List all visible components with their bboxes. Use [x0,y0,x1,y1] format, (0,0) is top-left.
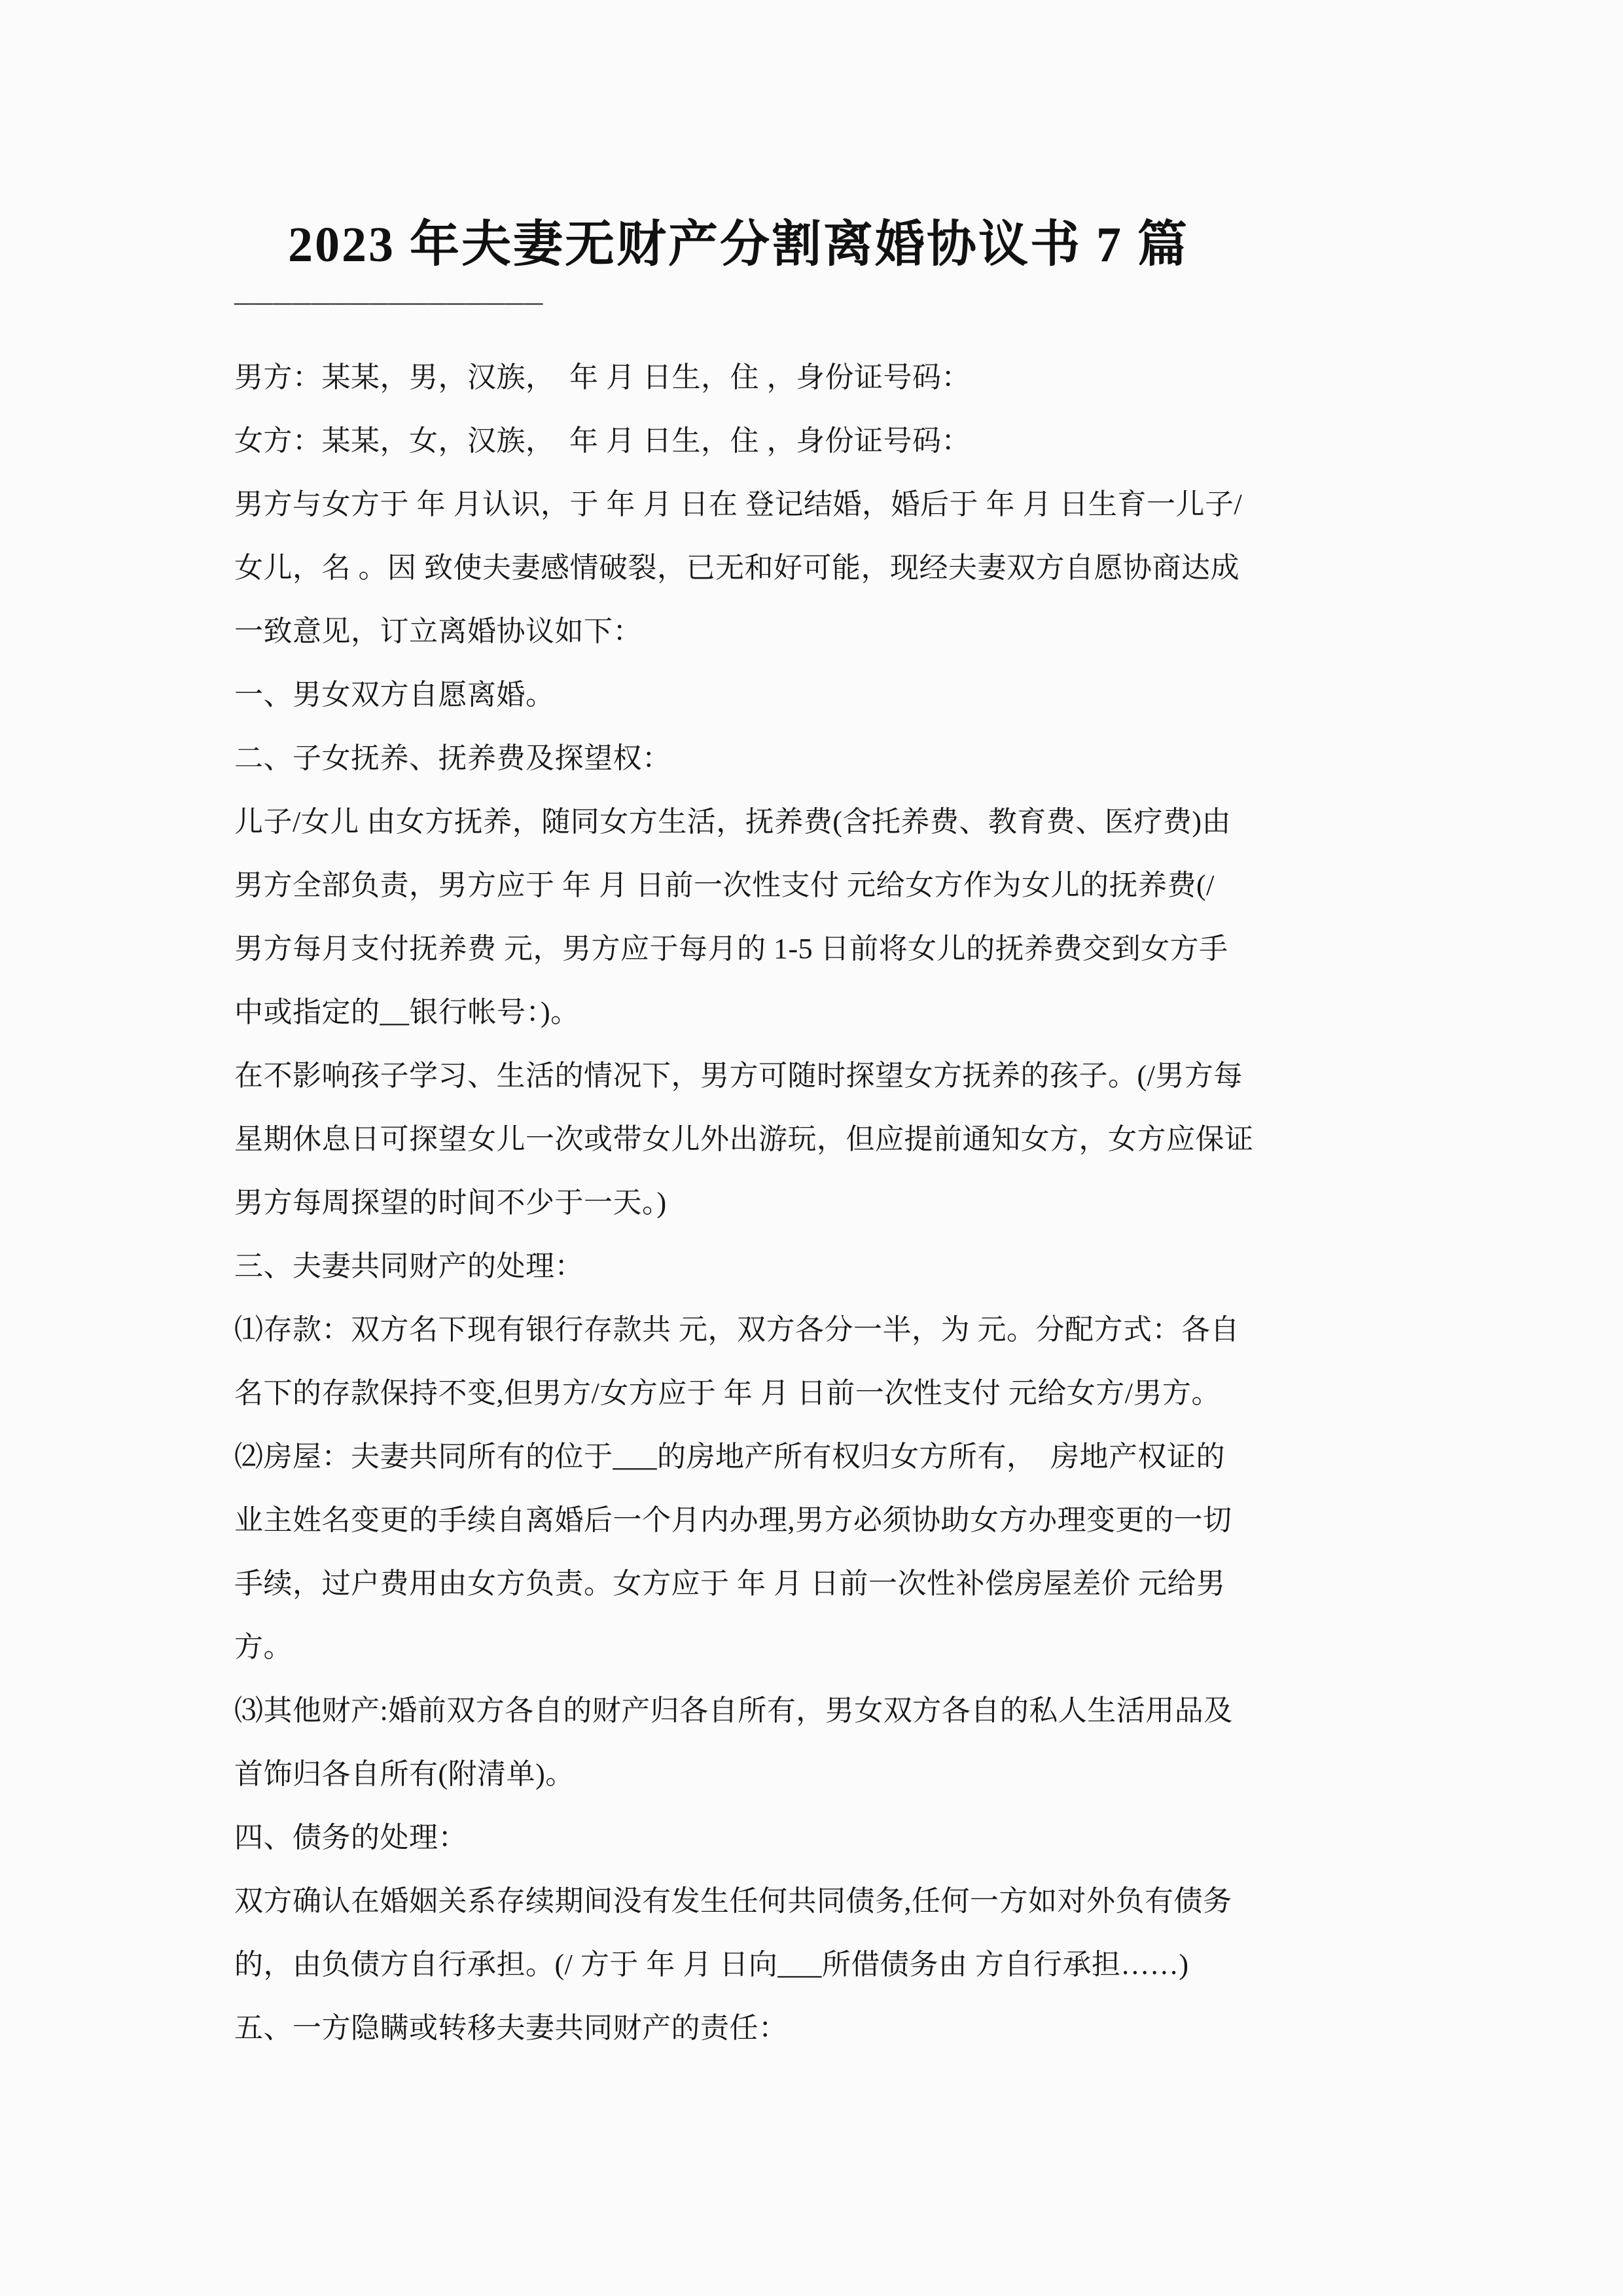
paragraph-line: 双方确认在婚姻关系存续期间没有发生任何共同债务,任何一方如对外负有债务 [234,1869,1387,1933]
paragraph-line: 四、债务的处理： [234,1806,1387,1869]
paragraph-line: 儿子/女儿 由女方抚养，随同女方生活，抚养费(含托养费、教育费、医疗费)由 [234,790,1387,853]
paragraph-line: 手续，过户费用由女方负责。女方应于 年 月 日前一次性补偿房屋差价 元给男 [234,1552,1387,1615]
paragraph-line: 男方：某某，男，汉族， 年 月 日生，住 ，身份证号码： [234,346,1387,409]
paragraph-line: 业主姓名变更的手续自离婚后一个月内办理,男方必须协助女方办理变更的一切 [234,1488,1387,1552]
paragraph-line: 首饰归各自所有(附清单)。 [234,1742,1387,1806]
document-page: 2023 年夫妻无财产分割离婚协议书 7 篇 ———————————————— … [0,0,1623,2296]
paragraph-line: 名下的存款保持不变,但男方/女方应于 年 月 日前一次性支付 元给女方/男方。 [234,1361,1387,1425]
paragraph-line: 男方每周探望的时间不少于一天。) [234,1171,1387,1234]
paragraph-line: 星期休息日可探望女儿一次或带女儿外出游玩，但应提前通知女方，女方应保证 [234,1107,1387,1171]
paragraph-line: 的，由负债方自行承担。(/ 方于 年 月 日向___所借债务由 方自行承担……) [234,1933,1387,1996]
paragraph-line: 中或指定的__银行帐号：)。 [234,980,1387,1044]
paragraph-line: 三、夫妻共同财产的处理： [234,1234,1387,1298]
paragraph-line: ⑶其他财产:婚前双方各自的财产归各自所有，男女双方各自的私人生活用品及 [234,1679,1387,1742]
paragraph-line: 五、一方隐瞒或转移夫妻共同财产的责任： [234,1996,1387,2060]
paragraph-line: 一致意见，订立离婚协议如下： [234,600,1387,663]
paragraph-line: 男方每月支付抚养费 元，男方应于每月的 1-5 日前将女儿的抚养费交到女方手 [234,917,1387,980]
title-divider-dashes: ———————————————— [234,292,543,314]
document-body: 男方：某某，男，汉族， 年 月 日生，住 ，身份证号码： 女方：某某，女，汉族，… [234,346,1387,2060]
paragraph-line: 男方与女方于 年 月认识，于 年 月 日在 登记结婚，婚后于 年 月 日生育一儿… [234,473,1387,536]
paragraph-line: 女方：某某，女，汉族， 年 月 日生，住 ，身份证号码： [234,409,1387,473]
paragraph-line: 方。 [234,1615,1387,1679]
paragraph-line: 女儿，名 。因 致使夫妻感情破裂，已无和好可能，现经夫妻双方自愿协商达成 [234,536,1387,600]
paragraph-line: 一、男女双方自愿离婚。 [234,663,1387,726]
paragraph-line: 在不影响孩子学习、生活的情况下，男方可随时探望女方抚养的孩子。(/男方每 [234,1044,1387,1107]
paragraph-line: ⑵房屋：夫妻共同所有的位于___的房地产所有权归女方所有， 房地产权证的 [234,1425,1387,1488]
document-title: 2023 年夫妻无财产分割离婚协议书 7 篇 [288,204,1189,276]
paragraph-line: 二、子女抚养、抚养费及探望权： [234,726,1387,790]
paragraph-line: ⑴存款：双方名下现有银行存款共 元，双方各分一半，为 元。分配方式：各自 [234,1298,1387,1361]
paragraph-line: 男方全部负责，男方应于 年 月 日前一次性支付 元给女方作为女儿的抚养费(/ [234,853,1387,917]
